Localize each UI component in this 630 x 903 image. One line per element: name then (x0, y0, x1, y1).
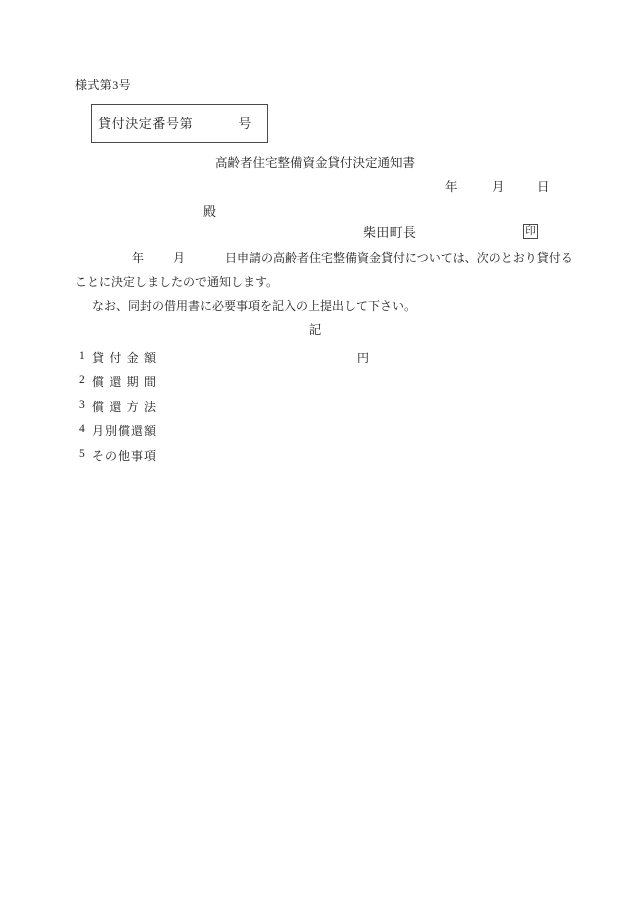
sender-name: 柴田町長 (363, 225, 416, 240)
document-page: 様式第3号 貸付決定番号第 号 高齢者住宅整備資金貸付決定通知書 年 月 日 殿… (0, 0, 630, 903)
document-title: 高齢者住宅整備資金貸付決定通知書 (0, 156, 630, 171)
item-label: その他事項 (92, 447, 156, 464)
list-item-loan-amount: 1 貸付金額 円 (0, 349, 630, 364)
body-paragraph-line2: ことに決定しましたので通知します。 (75, 275, 278, 290)
seal-character: 印 (525, 227, 536, 237)
list-item-repayment-period: 2 償還期間 (0, 373, 630, 388)
item-number: 4 (79, 423, 85, 435)
loan-decision-number-box: 貸付決定番号第 号 (91, 104, 268, 143)
list-item-other-matters: 5 その他事項 (0, 447, 630, 462)
issue-date-line: 年 月 日 (0, 180, 630, 195)
list-item-repayment-method: 3 償還方法 (0, 398, 630, 413)
body-line1-text: 日申請の高齢者住宅整備資金貸付については、次のとおり貸付る (225, 251, 573, 266)
issue-date-year-label: 年 (445, 180, 458, 195)
yen-unit-label: 円 (357, 349, 369, 366)
issue-date-day-label: 日 (537, 180, 550, 195)
item-label: 償還期間 (92, 373, 156, 390)
item-label: 月別償還額 (92, 422, 156, 439)
application-date-month-label: 月 (173, 251, 185, 266)
item-number: 3 (79, 399, 85, 411)
issue-date-month-label: 月 (492, 180, 505, 195)
record-heading: 記 (0, 323, 630, 338)
loan-decision-number-suffix: 号 (238, 116, 252, 131)
body-note-line: なお、同封の借用書に必要事項を記入の上提出して下さい。 (92, 299, 416, 314)
item-number: 5 (79, 448, 85, 460)
body-paragraph-line1: 年 月 日申請の高齢者住宅整備資金貸付については、次のとおり貸付る (0, 251, 630, 266)
form-number: 様式第3号 (75, 78, 131, 93)
item-label: 償還方法 (92, 398, 156, 415)
item-number: 2 (79, 374, 85, 386)
seal-mark: 印 (523, 224, 538, 239)
loan-decision-number-label: 貸付決定番号第 (98, 116, 193, 131)
list-item-monthly-repayment: 4 月別償還額 (0, 422, 630, 437)
addressee-honorific: 殿 (203, 204, 216, 219)
application-date-year-label: 年 (132, 251, 144, 266)
item-number: 1 (79, 350, 85, 362)
item-label: 貸付金額 (92, 349, 156, 366)
